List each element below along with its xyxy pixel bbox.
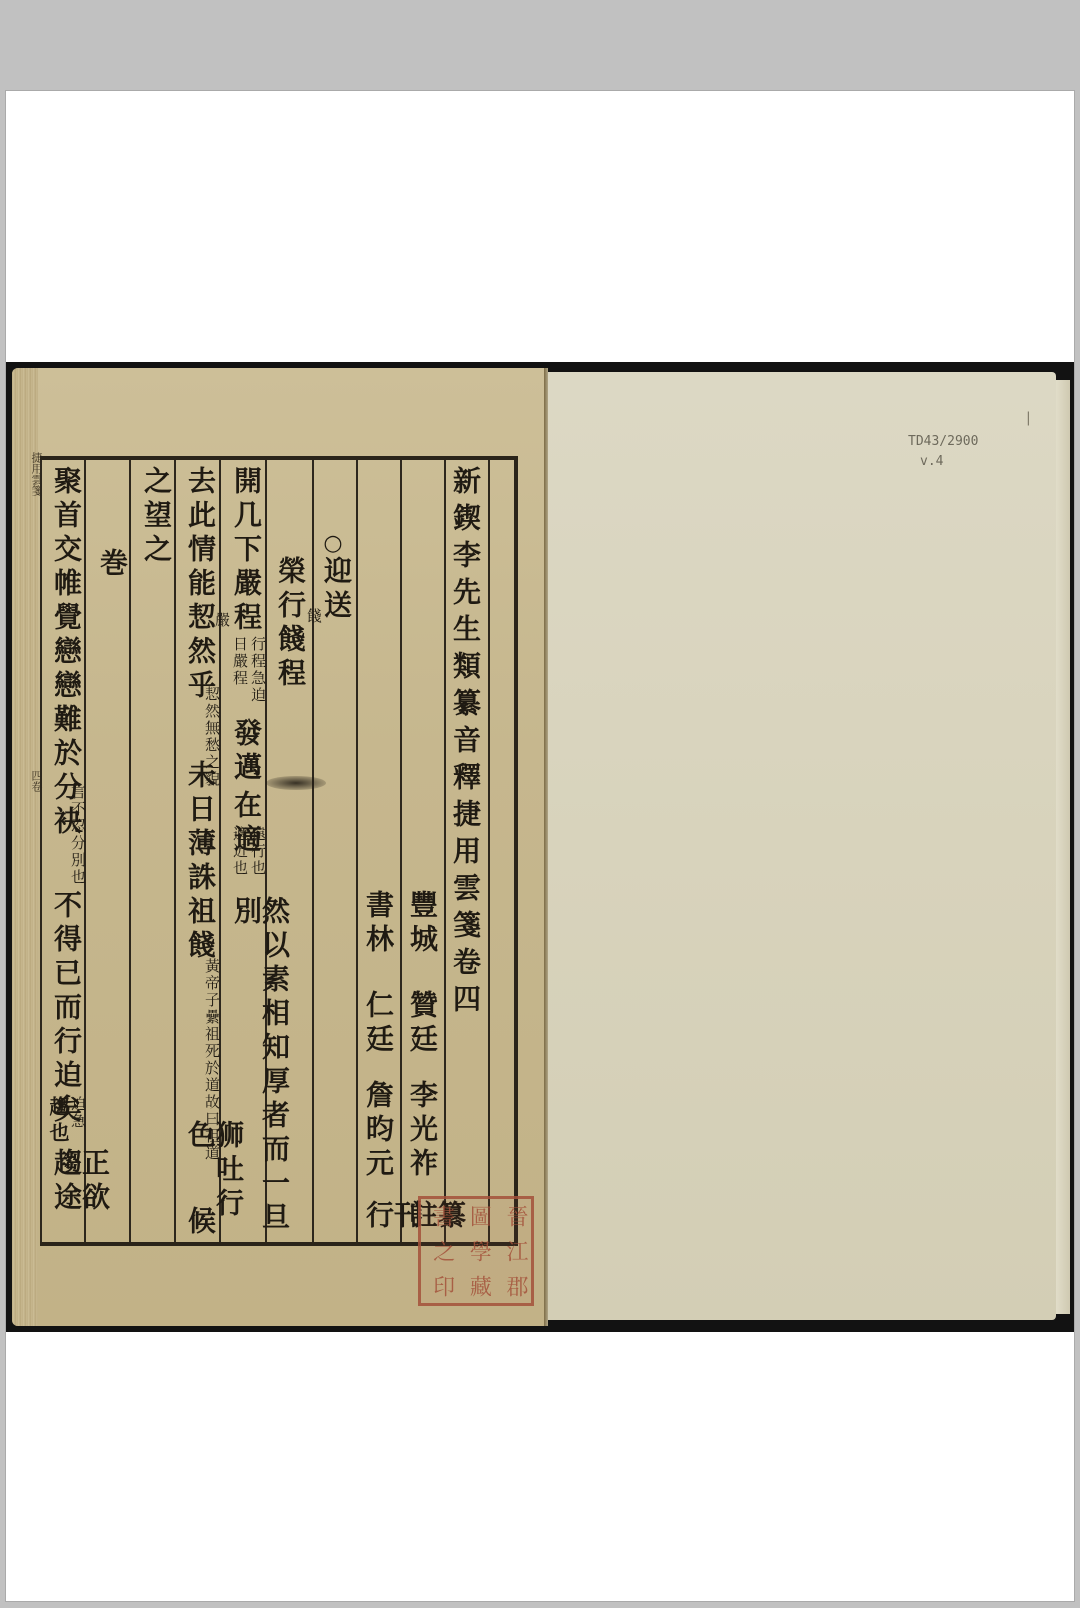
- publisher-role: 刊行: [364, 1200, 420, 1242]
- left-page: 捷用雲箋 四卷 新鍥李先生類纂音釋捷用雲箋卷四 豐城 贊廷 李光祚 纂註 書林 …: [12, 368, 544, 1326]
- body-col2-tail: 候: [186, 1206, 214, 1240]
- column-divider: [129, 460, 174, 1242]
- body-col2-main: 去此情能恝然乎: [186, 466, 214, 704]
- column-divider: [488, 460, 514, 1242]
- right-page: TD43/2900 v.4 |: [548, 372, 1056, 1320]
- volume-number: v.4: [908, 452, 978, 472]
- body-col1-note1: 行程急迫: [250, 636, 265, 704]
- publisher-place: 書林: [364, 890, 392, 958]
- subheading-note: 餞: [306, 608, 321, 625]
- seal-char: 郡: [494, 1275, 531, 1297]
- section-heading: 迎送: [322, 556, 350, 624]
- text-grid: 新鍥李先生類纂音釋捷用雲箋卷四 豐城 贊廷 李光祚 纂註 書林 仁廷 詹昀元 刊…: [40, 456, 518, 1246]
- compiler-name: 贊廷: [408, 990, 436, 1058]
- body-col2-main2: 未日薄誅祖餞: [186, 760, 214, 964]
- compiler-place: 豐城: [408, 890, 436, 958]
- seal-char: 學: [458, 1240, 495, 1262]
- body-col1-main: 開几下嚴程: [232, 466, 260, 636]
- compiler-author: 李光祚: [408, 1080, 436, 1182]
- body-col5-note1: 言不忍分別也: [70, 784, 85, 886]
- body-col3: 之望之: [142, 466, 170, 568]
- body-col5-note2: 迫急: [70, 1096, 85, 1130]
- seal-char: 之: [421, 1240, 458, 1262]
- body-col4: 巻: [98, 548, 126, 582]
- seal-char: 書: [421, 1205, 458, 1227]
- book-title: 新鍥李先生類纂音釋捷用雲箋卷四: [451, 466, 479, 1021]
- seal-char: 江: [494, 1240, 531, 1262]
- body-col1-main2: 發邁: [232, 718, 260, 786]
- body-col5-main3: 趨也: [48, 1096, 68, 1148]
- body-col1-note-b: 日嚴程: [232, 636, 247, 687]
- page-fore-edge: [12, 368, 38, 1326]
- publisher-author: 詹昀元: [364, 1080, 392, 1182]
- seal-char: 圖: [458, 1205, 495, 1227]
- body-col1-note3: 適近也: [232, 826, 247, 877]
- library-call-number: TD43/2900 v.4: [908, 432, 978, 472]
- seal-char: 晉: [494, 1205, 531, 1227]
- ink-smudge: [266, 776, 326, 790]
- body-col5-main2: 不得已而行迫矣: [52, 890, 80, 1128]
- seal-char: 藏: [458, 1275, 495, 1297]
- collector-seal: 書 圖 晉 之 學 江 印 藏 郡: [418, 1196, 534, 1306]
- body-col1-note2: 遠行也: [250, 826, 265, 877]
- seal-char: 印: [421, 1275, 458, 1297]
- call-number-text: TD43/2900: [908, 432, 978, 452]
- body-col5-main4: 正欲趨途: [52, 1148, 108, 1242]
- subheading: 榮行餞程: [276, 556, 304, 692]
- right-page-edge: [1056, 380, 1070, 1314]
- publisher-name: 仁廷: [364, 990, 392, 1058]
- edge-mark: |: [1026, 410, 1031, 426]
